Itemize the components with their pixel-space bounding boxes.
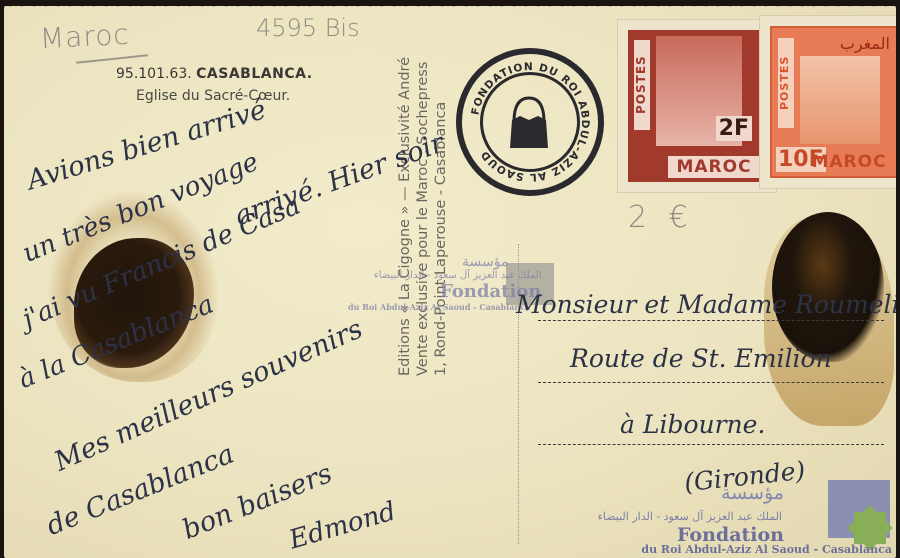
pencil-underline — [76, 54, 148, 64]
foundation-logo-icon — [828, 480, 890, 538]
stamp-country: MAROC — [668, 156, 760, 178]
stamp-country: MAROC — [806, 152, 892, 172]
signature: Edmond — [286, 496, 399, 555]
stamp-frame: المغرب POSTES 10F MAROC — [770, 26, 896, 178]
stamp-illustration — [800, 56, 880, 144]
stamp-postes-label: POSTES — [778, 38, 794, 128]
address-rule — [538, 382, 884, 383]
foundation-seal: FONDATION DU ROI ABDUL-AZIZ AL SAOUD — [456, 48, 604, 196]
address-line: Monsieur et Madame Roumelin — [516, 290, 896, 319]
caption-city: CASABLANCA. — [196, 66, 312, 82]
watermark-arabic-sub: الملك عبد العزيز آل سعود - الدار البيضاء — [374, 270, 542, 281]
watermark-corner: مؤسسة الملك عبد العزيز آل سعود - الدار ا… — [552, 480, 892, 558]
ink-stain — [772, 212, 884, 362]
postcard: Maroc 4595 Bis 95.101.63. CASABLANCA. Eg… — [4, 6, 896, 558]
caption-line: 95.101.63. CASABLANCA. — [116, 66, 313, 82]
stamp-postes-label: POSTES — [634, 40, 650, 130]
imprint-line: 1, Rond-Point Laperouse - Casablanca — [432, 57, 450, 376]
watermark-arabic-title: مؤسسة — [462, 254, 542, 270]
watermark-center: مؤسسة الملك عبد العزيز آل سعود - الدار ا… — [344, 254, 542, 312]
publisher-imprint: Editions « La Cigogne » — Exclusivité An… — [396, 57, 450, 376]
address-line: Route de St. Emilion — [570, 344, 832, 373]
watermark-arabic-sub: الملك عبد العزيز آل سعود - الدار البيضاء — [598, 510, 782, 523]
watermark-subtitle: du Roi Abdul-Aziz Al Saoud - Casablanca — [641, 543, 892, 556]
caption-subject: Eglise du Sacré-Cœur. — [136, 88, 290, 104]
address-rule — [538, 320, 884, 321]
postage-stamp: POSTES 2F MAROC — [618, 20, 776, 192]
watermark-subtitle: du Roi Abdul-Aziz Al Saoud - Casablanca — [348, 302, 542, 312]
postage-stamp: المغرب POSTES 10F MAROC — [760, 16, 896, 188]
imprint-line: Vente exclusive pour le Maroc : Sochepre… — [414, 57, 432, 376]
address-line: à Libourne. — [620, 410, 765, 439]
pencil-note-price: 2 € — [628, 200, 694, 235]
stamp-arabic-country: المغرب — [840, 34, 890, 53]
stamp-value: 2F — [716, 116, 752, 141]
lantern-icon — [504, 94, 554, 156]
stamp-frame: POSTES 2F MAROC — [628, 30, 766, 182]
address-rule — [538, 444, 884, 445]
pencil-note-reference: 4595 Bis — [256, 14, 360, 42]
caption-code: 95.101.63. — [116, 66, 192, 82]
pencil-note-country: Maroc — [39, 18, 130, 56]
imprint-line: Editions « La Cigogne » — Exclusivité An… — [396, 57, 414, 376]
watermark-arabic-title: مؤسسة — [721, 482, 784, 504]
